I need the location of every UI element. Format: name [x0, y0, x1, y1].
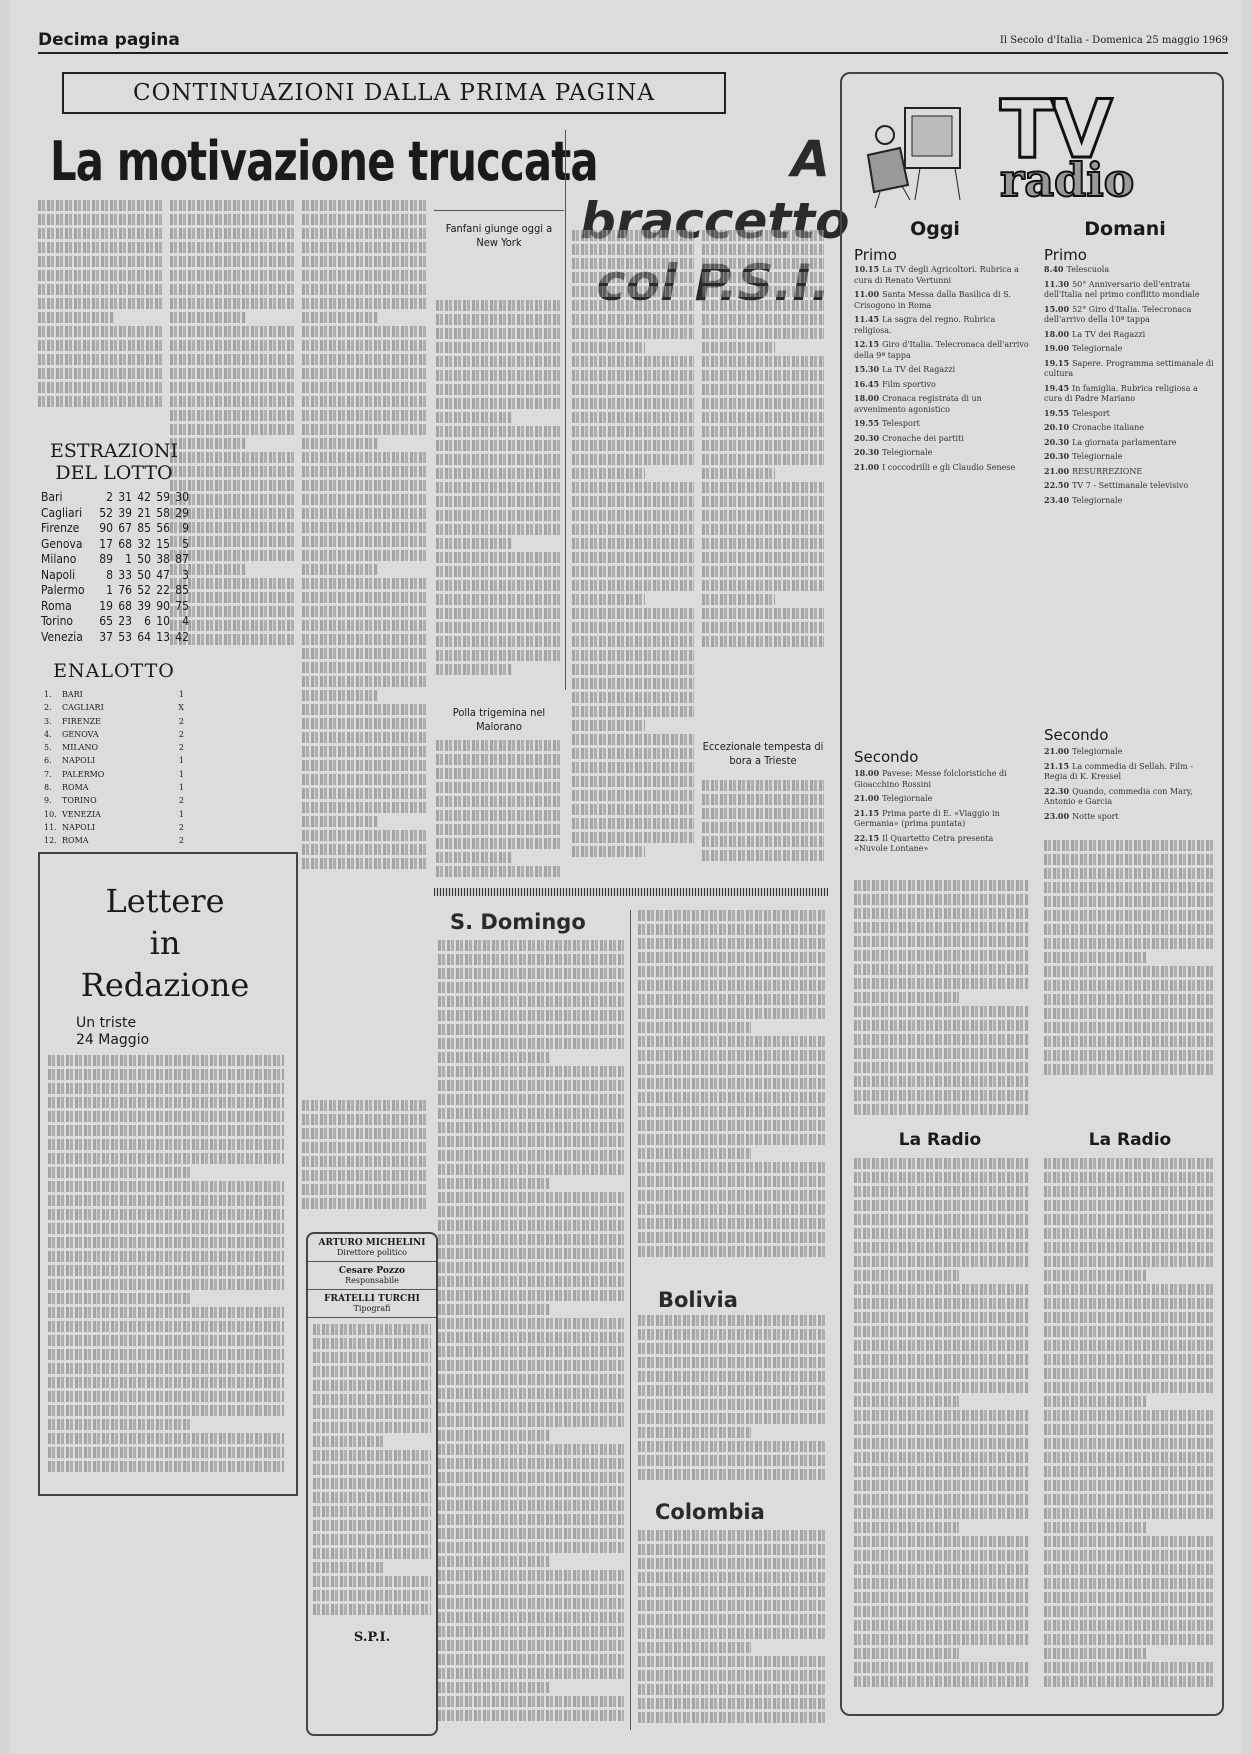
program-item: 16.45Film sportivo [854, 379, 1029, 391]
program-item: 20.30La giornata parlamentare [1044, 437, 1214, 449]
article-column [302, 200, 428, 880]
network-primo-oggi: Primo [854, 246, 897, 264]
program-item: 19.00Telegiornale [1044, 343, 1214, 355]
tv-set-illustration-icon [860, 100, 970, 210]
program-item: 12.15Giro d'Italia. Telecronaca dell'arr… [854, 339, 1029, 361]
article-column [38, 200, 164, 420]
radio-schedule-domani [1044, 1158, 1214, 1698]
enalotto-row: 2.CAGLIARIX [44, 701, 184, 714]
program-item: 21.15La commedia di Sellah. Film - Regia… [1044, 761, 1214, 783]
program-item: 8.40Telescuola [1044, 264, 1214, 276]
schedule-today-primo: 10.15La TV degli Agricoltori. Rubrica a … [854, 264, 1029, 476]
program-item: 18.00Pavese: Messe folcloristiche di Gio… [854, 768, 1029, 790]
article-column [572, 230, 694, 870]
article-column [302, 1100, 428, 1220]
article-column [436, 300, 562, 680]
schedule-tomorrow-secondo: 21.00Telegiornale21.15La commedia di Sel… [1044, 746, 1214, 825]
program-item: 19.15Sapere. Programma settimanale di cu… [1044, 358, 1214, 380]
program-item: 20.10Cronache italiane [1044, 422, 1214, 434]
heading-s-domingo: S. Domingo [450, 910, 586, 934]
newspaper-page: Decima pagina Il Secolo d'Italia - Domen… [10, 0, 1242, 1754]
program-item: 22.50TV 7 - Settimanale televisivo [1044, 480, 1214, 492]
program-item: 21.00Telegiornale [1044, 746, 1214, 758]
continuations-banner: CONTINUAZIONI DALLA PRIMA PAGINA [62, 72, 726, 114]
article-column [638, 1315, 826, 1495]
program-item: 23.40Telegiornale [1044, 495, 1214, 507]
enalotto-row: 11.NAPOLI2 [44, 821, 184, 834]
column-divider [565, 130, 566, 690]
enalotto-row: 1.BARI1 [44, 688, 184, 701]
heading-oggi: Oggi [850, 218, 1020, 240]
lotto-row: Palermo176522285 [40, 583, 190, 599]
box-pollo: Polla trigemina nel Malorano [436, 706, 562, 734]
box-tempesta: Eccezionale tempesta di bora a Trieste [702, 740, 824, 768]
enalotto-row: 5.MILANO2 [44, 741, 184, 754]
running-head: Decima pagina Il Secolo d'Italia - Domen… [38, 30, 1228, 54]
lotto-title: ESTRAZIONI DEL LOTTO [46, 440, 182, 484]
network-secondo-domani: Secondo [1044, 726, 1108, 744]
enalotto-row: 7.PALERMO1 [44, 768, 184, 781]
heading-domani: Domani [1040, 218, 1210, 240]
network-secondo-oggi: Secondo [854, 748, 918, 766]
program-item: 22.15Il Quartetto Cetra presenta «Nuvole… [854, 833, 1029, 855]
enalotto-row: 4.GENOVA2 [44, 728, 184, 741]
program-item: 11.00Santa Messa dalla Basilica di S. Cr… [854, 289, 1029, 311]
letters-text [48, 1055, 284, 1480]
program-item: 10.15La TV degli Agricoltori. Rubrica a … [854, 264, 1029, 286]
article-column [638, 1530, 826, 1730]
program-item: 21.00RESURREZIONE [1044, 466, 1214, 478]
enalotto-row: 9.TORINO2 [44, 794, 184, 807]
program-item: 21.15Prima parte di E. «Viaggio in Germa… [854, 808, 1029, 830]
schedule-today-secondo: 18.00Pavese: Messe folcloristiche di Gio… [854, 768, 1029, 858]
article-column [436, 740, 562, 880]
heading-colombia: Colombia [655, 1500, 765, 1524]
program-item: 21.00I coccodrilli e gli Claudio Senese [854, 462, 1029, 474]
enalotto-table: 1.BARI12.CAGLIARIX3.FIRENZE24.GENOVA25.M… [44, 688, 184, 848]
heading-la-radio-oggi: La Radio [850, 1130, 1030, 1150]
lettere-subtitle: Un triste 24 Maggio [76, 1015, 149, 1049]
program-item: 18.00Cronaca registrata di un avveniment… [854, 393, 1029, 415]
program-item: 19.55Telesport [1044, 408, 1214, 420]
program-item: 11.45La sagra del regno. Rubrica religio… [854, 314, 1029, 336]
program-item: 23.00Notte sport [1044, 811, 1214, 823]
lotto-row: Venezia3753641342 [40, 630, 190, 646]
program-item: 22.30Quando, commedia con Mary, Antonio … [1044, 786, 1214, 808]
program-item: 20.30Telegiornale [1044, 451, 1214, 463]
lotto-table: Bari231425930Cagliari5239215829Firenze90… [40, 490, 190, 645]
lettere-title: Lettere in Redazione [50, 880, 280, 1006]
lotto-row: Cagliari5239215829 [40, 506, 190, 522]
program-item: 19.45In famiglia. Rubrica religiosa a cu… [1044, 383, 1214, 405]
program-item: 19.55Telesport [854, 418, 1029, 430]
program-item: 18.00La TV dei Ragazzi [1044, 329, 1214, 341]
heading-la-radio-domani: La Radio [1040, 1130, 1220, 1150]
program-item: 21.00Telegiornale [854, 793, 1029, 805]
enalotto-row: 3.FIRENZE2 [44, 715, 184, 728]
schedule-tomorrow-primo: 8.40Telescuola11.3050° Anniversario dell… [1044, 264, 1214, 509]
program-item: 11.3050° Anniversario dell'entrata dell'… [1044, 279, 1214, 301]
lotto-row: Bari231425930 [40, 490, 190, 506]
box-fanfani: Fanfani giunge oggi a New York [436, 222, 562, 250]
lotto-row: Napoli83350473 [40, 568, 190, 584]
enalotto-row: 12.ROMA2 [44, 834, 184, 847]
lotto-row: Genova176832155 [40, 537, 190, 553]
program-item: 20.30Telegiornale [854, 447, 1029, 459]
lotto-row: Milano891503887 [40, 552, 190, 568]
lotto-row: Roma1968399075 [40, 599, 190, 615]
section-label: Decima pagina [38, 30, 180, 50]
article-column [438, 940, 624, 1730]
heading-bolivia: Bolivia [658, 1288, 738, 1312]
enalotto-row: 8.ROMA1 [44, 781, 184, 794]
program-item: 15.0052° Giro d'Italia. Telecronaca dell… [1044, 304, 1214, 326]
tv-radio-logo: TV radio [1000, 95, 1200, 205]
lotto-row: Firenze906785569 [40, 521, 190, 537]
radio-schedule-oggi [854, 1158, 1029, 1698]
article-column [638, 910, 826, 1270]
program-item: 20.30Cronache dei partiti [854, 433, 1029, 445]
headline-motivazione: La motivazione truccata [50, 130, 471, 193]
article-column [702, 230, 824, 650]
enalotto-row: 6.NAPOLI1 [44, 754, 184, 767]
article-column [702, 780, 824, 870]
enalotto-row: 10.VENEZIA1 [44, 808, 184, 821]
paper-info: Il Secolo d'Italia - Domenica 25 maggio … [1000, 35, 1228, 46]
lotto-row: Torino65236104 [40, 614, 190, 630]
network-primo-domani: Primo [1044, 246, 1087, 264]
masthead-box: ARTURO MICHELINIDirettore politico Cesar… [306, 1232, 438, 1736]
program-item: 15.30La TV dei Ragazzi [854, 364, 1029, 376]
enalotto-title: ENALOTTO [46, 660, 182, 682]
